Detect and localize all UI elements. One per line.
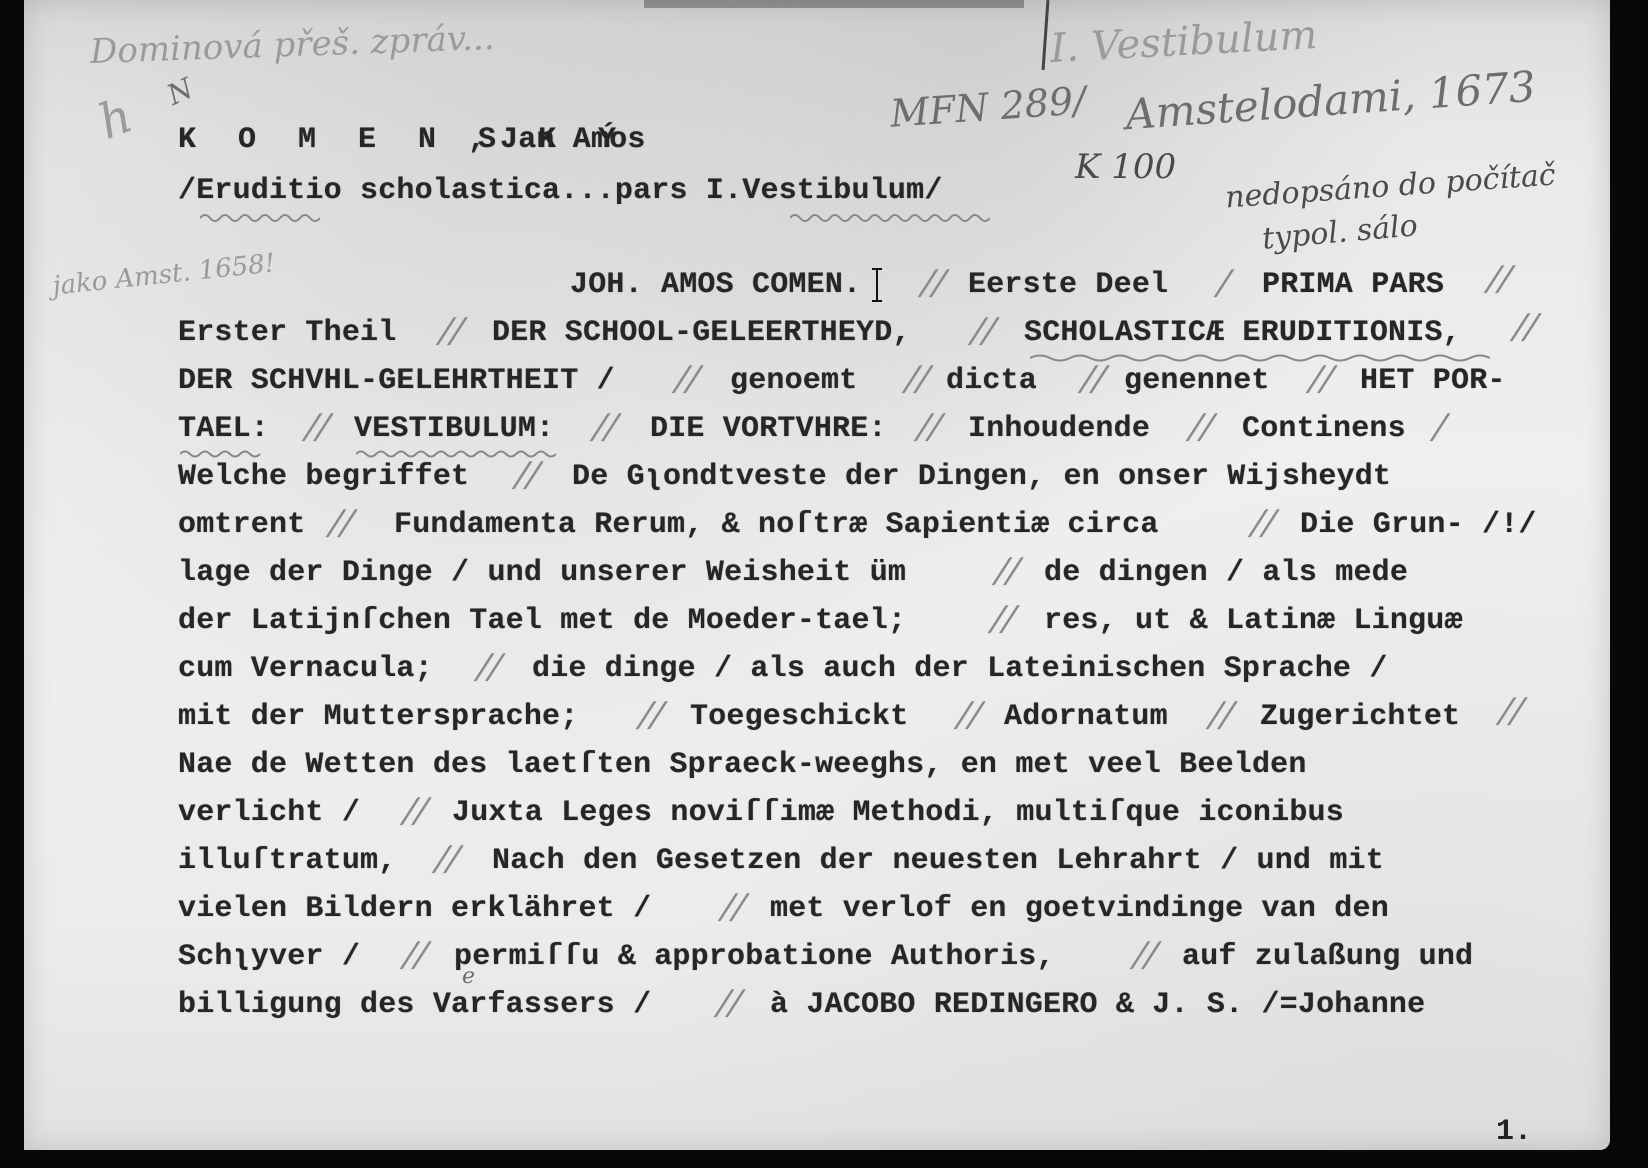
- body-text: Toegeschickt: [690, 702, 908, 732]
- body-text: Nach den Gesetzen der neuesten Lehrahrt …: [492, 846, 1384, 876]
- body-text: Continens: [1242, 414, 1406, 444]
- body-text: res, ut & Latinæ Linguæ: [1044, 606, 1463, 636]
- body-text: Welche begriffet: [178, 462, 469, 492]
- card-top-damage: [644, 0, 1024, 8]
- body-text: lage der Dinge / und unserer Weisheit üm: [178, 558, 906, 588]
- wavy-underline-eruditio: [200, 210, 320, 222]
- body-text: omtrent: [178, 510, 305, 540]
- body-text: billigung des Varfassers /: [178, 990, 651, 1020]
- body-text: Fundamenta Rerum, & noſtræ Sapientiæ cir…: [394, 510, 1159, 540]
- author-separator: ,: [468, 125, 486, 155]
- body-text: die dinge / als auch der Lateinischen Sp…: [532, 654, 1388, 684]
- body-text: vielen Bildern erklähret /: [178, 894, 651, 924]
- body-text: PRIMA PARS: [1262, 270, 1444, 300]
- body-text: SCHOLASTICÆ ERUDITIONIS,: [1024, 318, 1461, 348]
- body-text: Inhoudende: [968, 414, 1150, 444]
- body-text: cum Vernacula;: [178, 654, 433, 684]
- body-text: DER SCHOOL-GELEERTHEYD,: [492, 318, 911, 348]
- body-text: DIE VORTVHRE:: [650, 414, 887, 444]
- body-text: Zugerichtet: [1260, 702, 1460, 732]
- handwritten-correction-e: e: [462, 966, 475, 988]
- body-text: Juxta Leges noviſſimæ Methodi, multiſque…: [452, 798, 1344, 828]
- author-given-name: Jan Amos: [500, 125, 646, 155]
- body-text: TAEL:: [178, 414, 269, 444]
- body-text: JOH. AMOS COMEN.: [570, 270, 861, 300]
- body-text: genoemt: [730, 366, 857, 396]
- handwritten-location-code: K 100: [1075, 150, 1176, 184]
- body-text: de dingen / als mede: [1044, 558, 1408, 588]
- uniform-title: /Eruditio scholastica...pars I.Vestibulu…: [178, 176, 943, 206]
- text-cursor-icon: [876, 268, 878, 302]
- body-text: permiſſu & approbatione Authoris,: [454, 942, 1055, 972]
- body-text: De Gʅondtveste der Dingen, en onser Wijs…: [572, 462, 1391, 492]
- body-text: verlicht /: [178, 798, 360, 828]
- body-text: genennet: [1124, 366, 1270, 396]
- body-text: DER SCHVHL-GELEHRTHEIT /: [178, 366, 615, 396]
- body-text: Schʅyver /: [178, 942, 360, 972]
- body-text: mit der Muttersprache;: [178, 702, 578, 732]
- wavy-underline-tael: [180, 446, 266, 458]
- body-text: auf zulaßung und: [1182, 942, 1473, 972]
- body-text: HET POR-: [1360, 366, 1506, 396]
- body-text: met verlof en goetvindinge van den: [770, 894, 1389, 924]
- wavy-underline-vestibulum: [790, 210, 990, 222]
- body-text: dicta: [946, 366, 1037, 396]
- body-text: Eerste Deel: [968, 270, 1168, 300]
- body-text: à JACOBO REDINGERO & J. S. /=Johanne: [770, 990, 1425, 1020]
- card-tear: [1042, 0, 1050, 70]
- body-text: illuſtratum,: [178, 846, 396, 876]
- body-text: VESTIBULUM:: [354, 414, 554, 444]
- body-text: Erster Theil: [178, 318, 396, 348]
- body-text: Adornatum: [1004, 702, 1168, 732]
- card-page-number: 1.: [1496, 1115, 1532, 1149]
- body-text: Die Grun- /!/: [1300, 510, 1537, 540]
- body-text: Nae de Wetten des laetſten Spraeck-weegh…: [178, 750, 1307, 780]
- body-text: der Latijnſchen Tael met de Moeder-tael;: [178, 606, 906, 636]
